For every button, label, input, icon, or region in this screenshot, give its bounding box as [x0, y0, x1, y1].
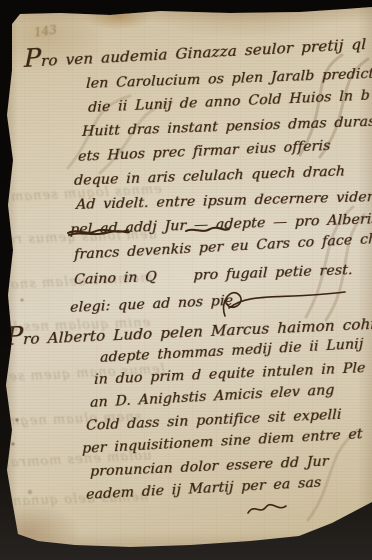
handwritten-line: Huitt dras instant pensios dmas duras — [82, 114, 372, 140]
handwritten-line: Pro ven audemia Ginazza seulor pretij ql… — [24, 27, 372, 71]
manuscript-page: emnas loqum senam uem lonas qemus ro mom… — [0, 0, 372, 560]
ink-strikethrough-icon — [66, 226, 132, 238]
handwritten-line: deque in aris celulach quech drach — [74, 164, 345, 189]
ink-strikethrough-icon — [184, 224, 232, 236]
photo-background: emnas loqum senam uem lonas qemus ro mom… — [0, 0, 372, 560]
handwritten-line: eadem die ij Martij per ea sas — [86, 475, 321, 503]
folio-number: 143 — [33, 22, 58, 39]
handwritten-line: die ii Lunij de anno Cold Huios ln b — [88, 88, 370, 116]
closing-flourish-icon — [246, 502, 290, 518]
handwritten-line: ets Huos prec firmar eius offeris — [78, 138, 331, 165]
handwritten-line: len Carolucium os plen Jaralb predicte — [86, 66, 372, 92]
handwritten-line: elegi: que ad nos pie — [70, 293, 233, 316]
